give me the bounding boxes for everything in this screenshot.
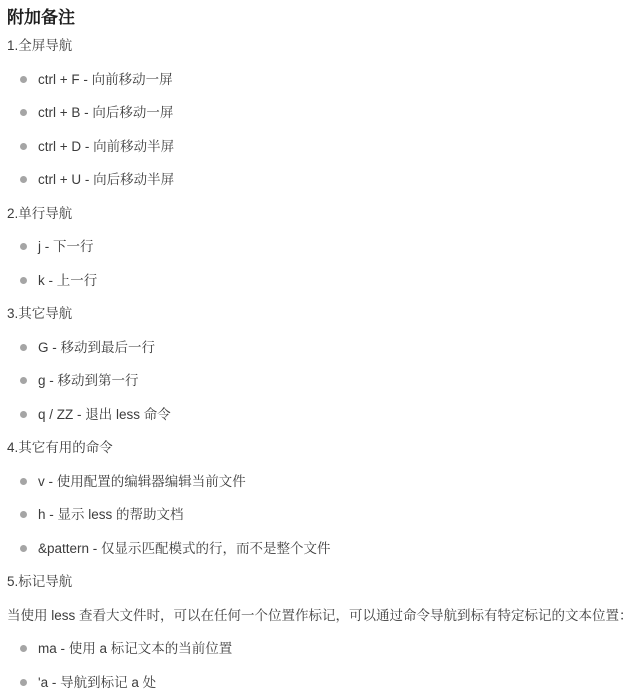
section-heading: 3.其它导航 <box>7 306 631 322</box>
list-item: ctrl + B - 向后移动一屏 <box>7 105 631 121</box>
list-item-text: ctrl + B - 向后移动一屏 <box>38 105 173 120</box>
bullet-icon <box>20 344 27 351</box>
shortcut-list: ma - 使用 a 标记文本的当前位置 'a - 导航到标记 a 处 <box>7 641 631 690</box>
list-item-text: G - 移动到最后一行 <box>38 340 155 355</box>
list-item-text: g - 移动到第一行 <box>38 373 139 388</box>
bullet-icon <box>20 76 27 83</box>
section-useful-commands: 4.其它有用的命令 v - 使用配置的编辑器编辑当前文件 h - 显示 less… <box>7 440 631 557</box>
list-item: q / ZZ - 退出 less 命令 <box>7 407 631 423</box>
bullet-icon <box>20 277 27 284</box>
list-item: ctrl + F - 向前移动一屏 <box>7 72 631 88</box>
list-item: ctrl + U - 向后移动半屏 <box>7 172 631 188</box>
list-item-text: ctrl + F - 向前移动一屏 <box>38 72 173 87</box>
list-item-text: ctrl + D - 向前移动半屏 <box>38 139 174 154</box>
shortcut-list: v - 使用配置的编辑器编辑当前文件 h - 显示 less 的帮助文档 &pa… <box>7 474 631 557</box>
shortcut-list: ctrl + F - 向前移动一屏 ctrl + B - 向后移动一屏 ctrl… <box>7 72 631 189</box>
bullet-icon <box>20 645 27 652</box>
bullet-icon <box>20 176 27 183</box>
bullet-icon <box>20 143 27 150</box>
list-item-text: ctrl + U - 向后移动半屏 <box>38 172 174 187</box>
list-item: h - 显示 less 的帮助文档 <box>7 507 631 523</box>
section-other-nav: 3.其它导航 G - 移动到最后一行 g - 移动到第一行 q / ZZ - 退… <box>7 306 631 423</box>
list-item: G - 移动到最后一行 <box>7 340 631 356</box>
bullet-icon <box>20 411 27 418</box>
list-item: g - 移动到第一行 <box>7 373 631 389</box>
list-item-text: 'a - 导航到标记 a 处 <box>38 675 156 690</box>
list-item-text: v - 使用配置的编辑器编辑当前文件 <box>38 474 246 489</box>
list-item: ctrl + D - 向前移动半屏 <box>7 139 631 155</box>
list-item: v - 使用配置的编辑器编辑当前文件 <box>7 474 631 490</box>
bullet-icon <box>20 511 27 518</box>
list-item: &pattern - 仅显示匹配模式的行，而不是整个文件 <box>7 541 631 557</box>
page-title: 附加备注 <box>7 8 631 28</box>
list-item-text: q / ZZ - 退出 less 命令 <box>38 407 171 422</box>
list-item-text: &pattern - 仅显示匹配模式的行，而不是整个文件 <box>38 541 331 556</box>
list-item-text: k - 上一行 <box>38 273 97 288</box>
section-heading: 5.标记导航 <box>7 574 631 590</box>
list-item-text: ma - 使用 a 标记文本的当前位置 <box>38 641 232 656</box>
bullet-icon <box>20 377 27 384</box>
list-item: 'a - 导航到标记 a 处 <box>7 675 631 690</box>
section-single-line-nav: 2.单行导航 j - 下一行 k - 上一行 <box>7 206 631 289</box>
shortcut-list: G - 移动到最后一行 g - 移动到第一行 q / ZZ - 退出 less … <box>7 340 631 423</box>
bullet-icon <box>20 478 27 485</box>
section-fullscreen-nav: 1.全屏导航 ctrl + F - 向前移动一屏 ctrl + B - 向后移动… <box>7 38 631 188</box>
shortcut-list: j - 下一行 k - 上一行 <box>7 239 631 289</box>
bullet-icon <box>20 109 27 116</box>
section-mark-nav: 5.标记导航 当使用 less 查看大文件时，可以在任何一个位置作标记，可以通过… <box>7 574 631 690</box>
list-item: ma - 使用 a 标记文本的当前位置 <box>7 641 631 657</box>
section-paragraph: 当使用 less 查看大文件时，可以在任何一个位置作标记，可以通过命令导航到标有… <box>7 608 631 624</box>
section-heading: 4.其它有用的命令 <box>7 440 631 456</box>
list-item-text: h - 显示 less 的帮助文档 <box>38 507 184 522</box>
list-item-text: j - 下一行 <box>38 239 94 254</box>
notes-article: 附加备注 1.全屏导航 ctrl + F - 向前移动一屏 ctrl + B -… <box>0 0 641 690</box>
list-item: k - 上一行 <box>7 273 631 289</box>
section-heading: 1.全屏导航 <box>7 38 631 54</box>
bullet-icon <box>20 679 27 686</box>
list-item: j - 下一行 <box>7 239 631 255</box>
bullet-icon <box>20 545 27 552</box>
bullet-icon <box>20 243 27 250</box>
section-heading: 2.单行导航 <box>7 206 631 222</box>
